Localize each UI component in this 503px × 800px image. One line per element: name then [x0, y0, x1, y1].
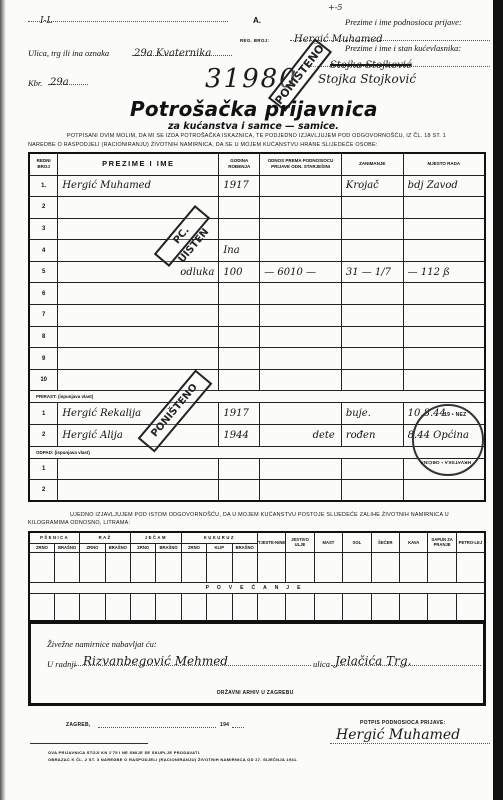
row-relation — [260, 240, 342, 262]
row-year — [219, 283, 260, 305]
reg-broj-label: REG. BROJ: — [240, 38, 269, 43]
row-year: 1917 — [219, 175, 260, 197]
applicant-label: Prezime i ime podnosioca prijave: — [345, 17, 462, 27]
row-name: Hergić Muhamed — [58, 175, 219, 197]
form-subtitle: za kućanstva i samce — samice. — [168, 121, 339, 132]
row-relation — [260, 175, 342, 197]
table-row: 8 — [29, 326, 485, 348]
row-occupation: Krojač — [341, 175, 403, 197]
row-workplace — [403, 348, 485, 370]
row-occupation — [341, 458, 403, 480]
row-workplace — [403, 369, 485, 391]
row-year — [219, 348, 260, 370]
stock-cell — [456, 552, 485, 582]
sub-brasno: BRAŠNO — [54, 543, 79, 552]
supply-label: Živežne namirnice nabavljat ću: — [47, 639, 157, 649]
col-sapun: SAPUN ZA PRANJE — [428, 532, 456, 552]
row-year: 100 — [219, 261, 260, 283]
sub-brasno: BRAŠNO — [105, 543, 130, 552]
round-official-stamp: 19 • NEZ HRVATSKA • OBĆINA — [412, 404, 484, 476]
row-workplace — [403, 197, 485, 219]
supply-box: Živežne namirnice nabavljat ću: U radnji… — [28, 620, 486, 706]
supply-street-label: ulica — [311, 659, 332, 669]
table-row: 9 — [29, 348, 485, 370]
increase-cell — [105, 593, 130, 623]
row-name: odluka — [58, 261, 219, 283]
row-year — [219, 458, 260, 480]
table-row: 7 — [29, 305, 485, 327]
increase-cell — [54, 593, 79, 623]
table-row: 2 — [29, 197, 485, 219]
row-workplace — [403, 218, 485, 240]
top-left-line: I-L — [28, 8, 228, 22]
intro-line-2: NAREDBE O RASPODJELI (RACIONIRANJU) ŽIVO… — [28, 141, 378, 150]
row-relation — [260, 403, 342, 425]
archive-stamp: DRŽAVNI ARHIV U ZAGREBU — [217, 690, 294, 696]
row-year — [219, 326, 260, 348]
increase-label: POVEĆANJE — [29, 582, 485, 593]
header-year: GODINA ROĐENJA — [219, 153, 260, 175]
increase-cell — [181, 593, 206, 623]
scan-edge-right — [493, 0, 503, 800]
row-relation — [260, 326, 342, 348]
table-row: 10 — [29, 369, 485, 391]
stock-cell — [131, 552, 156, 582]
row-name: Hergić Alija — [58, 425, 219, 447]
shop-label: U radnji — [47, 659, 76, 669]
group-psenica: PŠENICA — [29, 532, 80, 543]
row-name — [58, 305, 219, 327]
round-stamp-top-text: 19 • NEZ — [444, 412, 467, 418]
increase-cell — [314, 593, 342, 623]
form-title: Potrošačka prijavnica — [130, 97, 378, 121]
house-number-value: 29a — [50, 77, 69, 88]
stock-cell — [80, 552, 105, 582]
col-sol: SOL — [343, 532, 371, 552]
stock-cell — [105, 552, 130, 582]
stock-cell — [343, 552, 371, 582]
increase-cell — [29, 593, 54, 623]
persons-table-header: REDNI BROJ PREZIME I IME GODINA ROĐENJA … — [29, 153, 485, 175]
house-number-line: 29a — [48, 70, 88, 85]
sub-klip: KLIP — [207, 543, 232, 552]
row-workplace — [403, 283, 485, 305]
landlord-struck-line: Stojka Stojković — [310, 53, 490, 67]
row-no: 1 — [29, 458, 58, 480]
stock-cell — [371, 552, 399, 582]
row-name — [58, 458, 219, 480]
table-row: 2 — [29, 480, 485, 502]
stock-cell — [29, 552, 54, 582]
stock-cell — [314, 552, 342, 582]
row-occupation: rođen — [341, 425, 403, 447]
row-name: Hergić Rekalija — [58, 403, 219, 425]
row-occupation: buje. — [341, 403, 403, 425]
row-year: 1944 — [219, 425, 260, 447]
row-no: 9 — [29, 348, 58, 370]
top-right-scribble: +-5 — [328, 3, 343, 12]
stock-intro-line-2: KILOGRAMIMA ODNOSNO, LITRAMA: — [28, 519, 130, 528]
increase-cell — [131, 593, 156, 623]
col-secer: ŠEĆER — [371, 532, 399, 552]
house-number-label: Kbr. — [28, 78, 42, 88]
landlord-label: Prezime i ime i stan kućevlasnika: — [345, 43, 461, 53]
supply-street-value: Jelačića Trg. — [335, 654, 411, 668]
group-jecam: JEČAM — [131, 532, 182, 543]
table-row: 5 odluka 100 — 6010 — 31 — 1/7 — 112 ß — [29, 261, 485, 283]
applicant-line: Hergić Muhamed — [290, 27, 490, 41]
row-occupation — [341, 240, 403, 262]
row-year: Ina — [219, 240, 260, 262]
row-relation — [260, 458, 342, 480]
stock-cell — [257, 552, 285, 582]
increase-cell — [456, 593, 485, 623]
row-relation — [260, 480, 342, 502]
row-year — [219, 197, 260, 219]
sub-zrno: ZRNO — [181, 543, 206, 552]
stock-cell — [399, 552, 427, 582]
row-occupation — [341, 348, 403, 370]
stock-values-row — [29, 552, 485, 582]
row-no: 8 — [29, 326, 58, 348]
sub-zrno: ZRNO — [131, 543, 156, 552]
shop-value: Rizvanbegović Mehmed — [83, 654, 228, 668]
row-occupation — [341, 305, 403, 327]
landlord-struck-name: Stojka Stojković — [330, 60, 412, 71]
row-name — [58, 480, 219, 502]
row-workplace — [403, 326, 485, 348]
place-label: ZAGREB, — [66, 722, 91, 728]
shop-line: Rizvanbegović Mehmed — [75, 650, 325, 666]
row-name — [58, 326, 219, 348]
increase-section-row: POVEĆANJE — [29, 582, 485, 593]
scan-edge-left — [0, 0, 6, 800]
row-occupation — [341, 283, 403, 305]
row-relation — [260, 369, 342, 391]
row-year — [219, 218, 260, 240]
row-relation: dete — [260, 425, 342, 447]
landlord-name: Stojka Stojković — [318, 72, 416, 86]
group-kukuruz: KUKURUZ — [181, 532, 257, 543]
row-workplace — [403, 305, 485, 327]
prirast-label: PRIRAST: (ispunjava vlast) — [29, 391, 485, 403]
sub-zrno: ZRNO — [80, 543, 105, 552]
row-relation — [260, 305, 342, 327]
row-no: 2 — [29, 480, 58, 502]
intro-line-1: POTPISANI OVIM MOLIM, DA MI SE IZDA POTR… — [67, 132, 446, 141]
row-occupation — [341, 197, 403, 219]
street-line: 29a Kvaternika — [132, 41, 232, 56]
row-no: 5 — [29, 261, 58, 283]
table-row: 1 — [29, 458, 485, 480]
row-occupation — [341, 218, 403, 240]
table-row: 6 — [29, 283, 485, 305]
footer-line-1: OVA PRIJAVNICA STOJI KN 1'75 I NE SMIJE … — [48, 750, 201, 755]
stock-group-header: PŠENICA RAŽ JEČAM KUKURUZ TJESTE-NINE JE… — [29, 532, 485, 543]
table-row: 4 Ina — [29, 240, 485, 262]
signature-line: Hergić Muhamed — [330, 724, 490, 744]
supply-street-line: Jelačića Trg. — [331, 650, 481, 666]
stock-cell — [156, 552, 181, 582]
street-value: 29a Kvaternika — [134, 48, 211, 59]
row-workplace — [403, 480, 485, 502]
round-stamp-bottom-text: HRVATSKA • OBĆINA — [420, 460, 471, 465]
table-row: 1. Hergić Muhamed 1917 Krojač bdj Zavod — [29, 175, 485, 197]
street-label: Ulica, trg ili ina oznaka — [28, 48, 109, 58]
row-year: 1917 — [219, 403, 260, 425]
row-name — [58, 348, 219, 370]
increase-cell — [257, 593, 285, 623]
row-relation — [260, 218, 342, 240]
row-relation — [260, 348, 342, 370]
row-no: 4 — [29, 240, 58, 262]
row-year — [219, 480, 260, 502]
col-jestivo-ulje: JESTIVO ULJE — [286, 532, 314, 552]
stock-cell — [232, 552, 257, 582]
scanned-document: I-L A. +-5 REG. BROJ: Prezime i ime podn… — [0, 0, 503, 800]
footer-rule — [30, 743, 148, 744]
row-year — [219, 305, 260, 327]
top-scribble: I-L — [40, 16, 53, 26]
row-occupation — [341, 326, 403, 348]
form-letter: A. — [253, 16, 261, 25]
increase-cell — [156, 593, 181, 623]
increase-cell — [80, 593, 105, 623]
row-relation — [260, 197, 342, 219]
stock-table: PŠENICA RAŽ JEČAM KUKURUZ TJESTE-NINE JE… — [28, 531, 486, 624]
increase-cell — [232, 593, 257, 623]
header-workplace: MJESTO RADA — [403, 153, 485, 175]
increase-cell — [371, 593, 399, 623]
row-year — [219, 369, 260, 391]
row-workplace: bdj Zavod — [403, 175, 485, 197]
signature-value: Hergić Muhamed — [336, 727, 460, 743]
group-raz: RAŽ — [80, 532, 131, 543]
stock-cell — [286, 552, 314, 582]
col-mast: MAST — [314, 532, 342, 552]
year-line — [232, 720, 244, 728]
row-no: 2 — [29, 425, 58, 447]
row-no: 7 — [29, 305, 58, 327]
increase-cell — [428, 593, 456, 623]
col-kava: KAVA — [399, 532, 427, 552]
row-workplace — [403, 240, 485, 262]
sub-zrno: ZRNO — [29, 543, 54, 552]
row-no: 3 — [29, 218, 58, 240]
header-name: PREZIME I IME — [58, 153, 219, 175]
increase-cell — [343, 593, 371, 623]
stock-cell — [181, 552, 206, 582]
increase-values-row — [29, 593, 485, 623]
header-occupation: ZANIMANJE — [341, 153, 403, 175]
increase-cell — [207, 593, 232, 623]
row-occupation: 31 — 1/7 — [341, 261, 403, 283]
row-relation: — 6010 — — [260, 261, 342, 283]
sub-brasno: BRAŠNO — [232, 543, 257, 552]
row-no: 1 — [29, 403, 58, 425]
row-no: 1. — [29, 175, 58, 197]
col-petrolej: PETRO-LEJ — [456, 532, 485, 552]
row-occupation — [341, 480, 403, 502]
increase-cell — [399, 593, 427, 623]
footer-line-2: OBRAZAC K ČL. 2 ST. 3 NAREDBE O RASPODJE… — [48, 757, 298, 762]
year-label: 194 — [220, 722, 229, 728]
increase-cell — [286, 593, 314, 623]
row-no: 10 — [29, 369, 58, 391]
stock-cell — [207, 552, 232, 582]
row-no: 6 — [29, 283, 58, 305]
table-row: 3 — [29, 218, 485, 240]
header-no: REDNI BROJ — [29, 153, 58, 175]
stock-cell — [54, 552, 79, 582]
header-relation: ODNOS PREMA PODNOSIOCU PRIJAVE ODN. STAR… — [260, 153, 342, 175]
row-name — [58, 283, 219, 305]
date-line — [98, 720, 216, 728]
row-no: 2 — [29, 197, 58, 219]
prirast-section-row: PRIRAST: (ispunjava vlast) — [29, 391, 485, 403]
row-workplace: — 112 ß — [403, 261, 485, 283]
stock-cell — [428, 552, 456, 582]
sub-brasno: BRAŠNO — [156, 543, 181, 552]
col-tjestenine: TJESTE-NINE — [257, 532, 285, 552]
row-relation — [260, 283, 342, 305]
row-occupation — [341, 369, 403, 391]
